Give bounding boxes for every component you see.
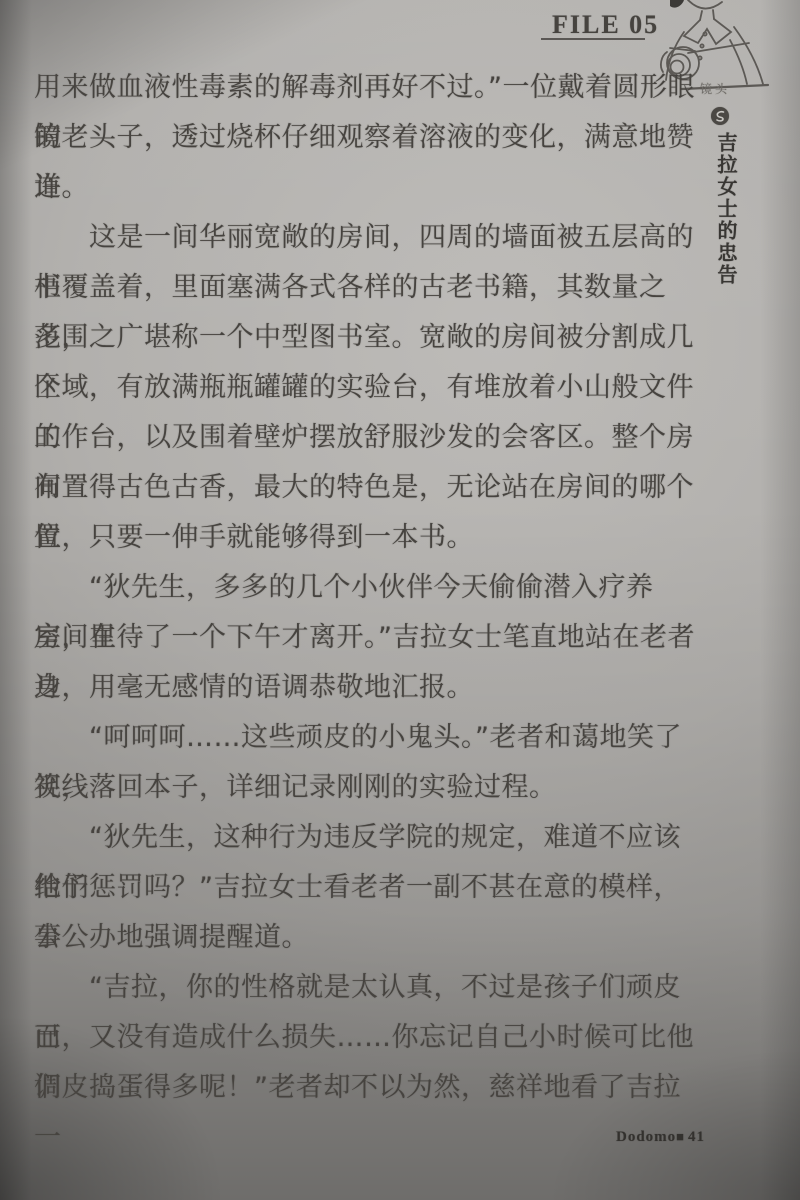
footer-square-icon: ■: [676, 1129, 685, 1144]
body-text-line: 事公办地强调提醒道。: [34, 913, 706, 963]
body-text-line: “吉拉，你的性格就是太认真，不过是孩子们顽皮而: [34, 963, 706, 1013]
chapter-title-vertical: 吉拉女士的忠告: [712, 132, 741, 552]
body-text-line: “狄先生，这种行为违反学院的规定，难道不应该给予: [34, 813, 706, 863]
body-text-line: 范围之广堪称一个中型图书室。宽敞的房间被分割成几个: [34, 313, 706, 363]
body-text-line: 用来做血液性毒素的解毒剂再好不过。”一位戴着圆形眼镜: [34, 63, 706, 113]
body-text-line: 边，用毫无感情的语调恭敬地汇报。: [34, 663, 706, 713]
body-text-line: 布置得古色古香，最大的特色是，无论站在房间的哪个位: [34, 463, 706, 513]
body-text-block: 用来做血液性毒素的解毒剂再好不过。”一位戴着圆形眼镜的老头子，透过烧杯仔细观察着…: [34, 63, 706, 1113]
body-text-line: 房间里待了一个下午才离开。”吉拉女士笔直地站在老者身: [34, 613, 706, 663]
body-text-line: 的老头子，透过烧杯仔细观察着溶液的变化，满意地赞许: [34, 113, 706, 163]
body-text-line: 这是一间华丽宽敞的房间，四周的墙面被五层高的书: [34, 213, 706, 263]
page-number: 41: [688, 1129, 705, 1145]
footer-brand: Dodomo: [616, 1129, 676, 1145]
body-text-line: 视线落回本子，详细记录刚刚的实验过程。: [34, 763, 706, 813]
body-text-line: “呵呵呵……这些顽皮的小鬼头。”老者和蔼地笑了笑，: [34, 713, 706, 763]
body-text-line: 柜覆盖着，里面塞满各式各样的古老书籍，其数量之多，: [34, 263, 706, 313]
body-text-line: 工作台，以及围着壁炉摆放舒服沙发的会客区。整个房间: [34, 413, 706, 463]
file-number-header: FILE 05: [552, 10, 659, 40]
body-text-line: 道。: [34, 163, 706, 213]
body-text-line: 区域，有放满瓶瓶罐罐的实验台，有堆放着小山般文件的: [34, 363, 706, 413]
body-text-line: “狄先生，多多的几个小伙伴今天偷偷潜入疗养室，在: [34, 563, 706, 613]
body-text-line: 置，只要一伸手就能够得到一本书。: [34, 513, 706, 563]
body-text-line: 已，又没有造成什么损失……你忘记自己小时候可比他们: [34, 1013, 706, 1063]
chapter-badge-icon: [711, 107, 729, 125]
body-text-line: 调皮捣蛋得多呢！”老者却不以为然，慈祥地看了吉拉一: [34, 1063, 706, 1113]
file-header-underline: [541, 38, 645, 40]
body-text-line: 他们惩罚吗？”吉拉女士看老者一副不甚在意的模样，公: [34, 863, 706, 913]
page-footer: Dodomo■41: [616, 1129, 705, 1146]
book-page-photo: FILE 05 镜头: [0, 0, 800, 1200]
